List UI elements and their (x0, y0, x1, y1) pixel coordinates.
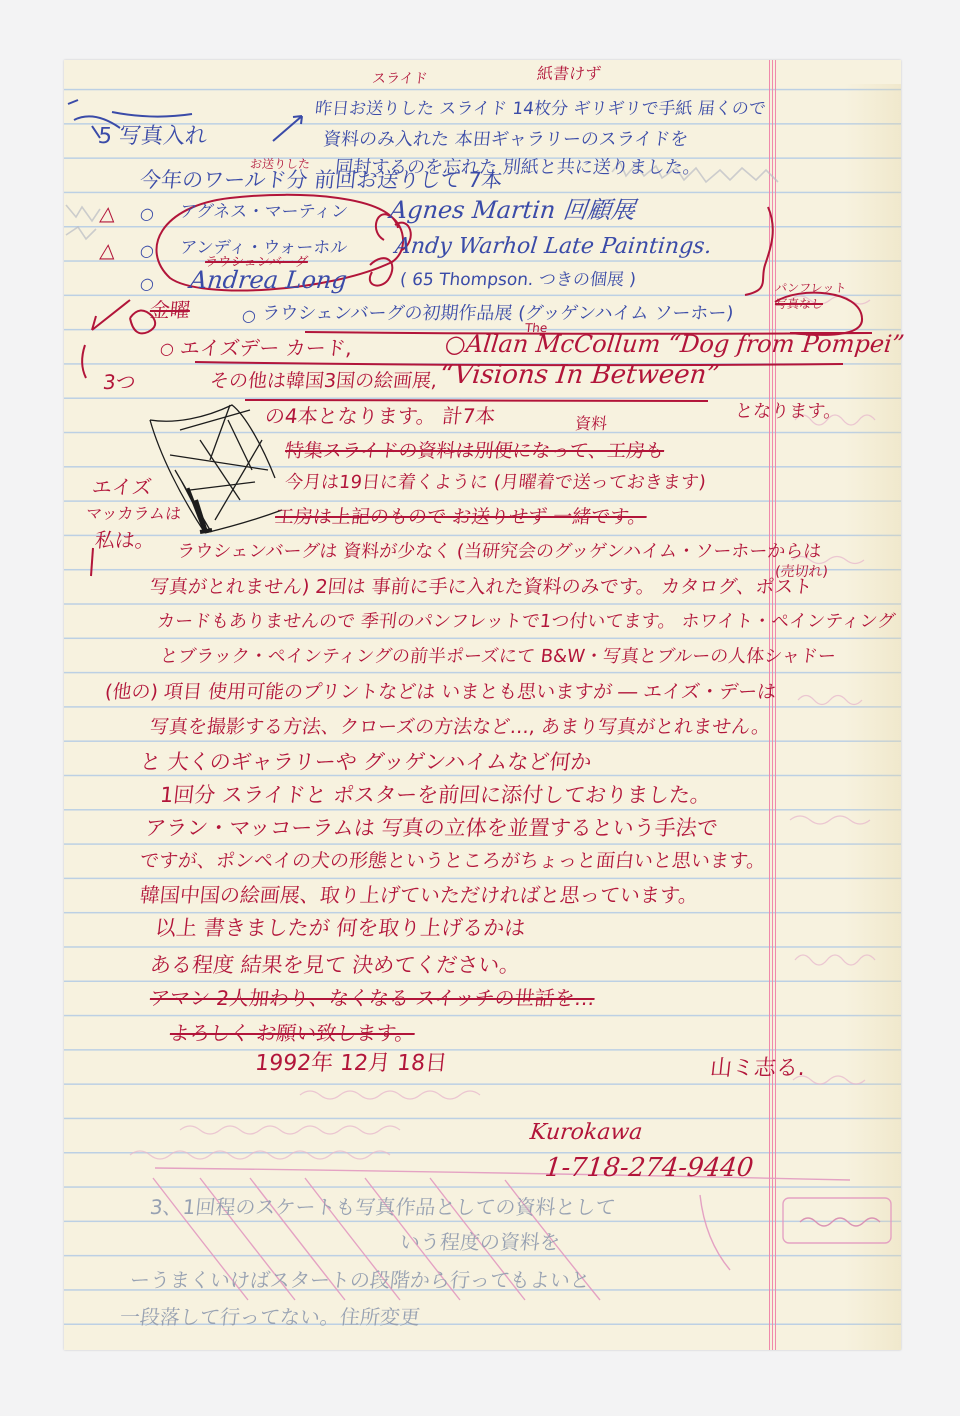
phone-number: 1-718-274-9440 (544, 1155, 755, 1181)
bullet-circle-icon: ○ (159, 341, 175, 357)
top-note-line: 資料のみ入れた 本田ギャラリーのスライドを (322, 131, 689, 149)
body-line: ですが、ポンペイの犬の形態というところがちょっと面白いと思います。 (139, 852, 766, 871)
triangle-marker-icon: △ (99, 203, 116, 223)
top-note-line: 昨日お送りした スライド 14枚分 ギリギリで手紙 届くので (314, 101, 767, 118)
letter-scan: スライド 紙書けず 昨日お送りした スライド 14枚分 ギリギリで手紙 届くので… (0, 0, 960, 1416)
list-item-en: Andy Warhol Late Paintings. (394, 236, 713, 258)
margin-rule-line (769, 60, 770, 1350)
right-margin-note: パンフレット (774, 282, 847, 294)
letter-date: 1992年 12月 18日 (254, 1053, 448, 1075)
body-insert: 資料 (574, 416, 608, 432)
left-margin-note: マッカラムは (85, 506, 182, 522)
signature-mark: 山ミ志る. (709, 1058, 806, 1080)
pencil-line: 3、1回程のスケートも写真作品としての資料として (149, 1197, 617, 1217)
list-item-ja: Andrea Long (189, 268, 349, 292)
list-item-ja: エイズデー カード, (179, 338, 353, 358)
body-line: ある程度 結果を見て 決めてください。 (149, 955, 522, 976)
pencil-line: いう程度の資料を (399, 1232, 561, 1252)
top-note-annotation: 紙書けず (536, 66, 602, 82)
body-line: 1回分 スライドと ポスターを前回に添付しておりました。 (159, 785, 712, 806)
body-line: 今月は19日に着くように (月曜着で送っておきます) (284, 474, 707, 492)
right-margin-note: 写真なし (774, 298, 823, 310)
body-line: 写真を撮影する方法、クローズの方法など…, あまり写真がとれません。 (149, 718, 771, 737)
list-item-en: ( 65 Thompson. つきの個展 ) (399, 272, 637, 289)
list-item-ja: ラウシェンバーグの初期作品展 (グッゲンハイム ソーホー) (261, 305, 734, 323)
margin-rule-line (775, 60, 776, 1350)
body-line: 以上 書きましたが 何を取り上げるかは (154, 918, 527, 939)
body-line-struck: 特集スライドの資料は別便になって、工房も (284, 442, 665, 461)
body-line: その他は韓国3国の絵画展, (209, 372, 438, 391)
signature-name: Kurokawa (529, 1122, 644, 1144)
body-line: となります。 (734, 403, 842, 421)
left-margin-note: 3つ (102, 372, 137, 392)
bullet-circle-icon: ○ (139, 243, 155, 259)
left-margin-note: 私は。 (94, 530, 156, 550)
top-note-heading: 5 写真入れ (97, 126, 208, 148)
top-note-annotation: スライド (371, 72, 428, 86)
body-line: カードもありませんので 季刊のパンフレットで1つ付いてます。 ホワイト・ペインテ… (156, 613, 896, 631)
margin-rule-line (772, 60, 773, 1350)
triangle-marker-icon: △ (99, 240, 116, 260)
body-line: 韓国中国の絵画展、取り上げていただければと思っています。 (139, 885, 700, 905)
body-line-title: “Visions In Between” (439, 362, 721, 388)
body-line: とブラック・ペインティングの前半ポーズにて B&W・写真とブルーの人体シャドー (159, 648, 837, 666)
pencil-line: ーうまくいけばスタートの段階から行ってもよいと (129, 1270, 591, 1290)
pencil-line: 一段落して行ってない。住所変更 (119, 1307, 421, 1327)
body-line: と 大くのギャラリーや グッゲンハイムなど何か (139, 752, 593, 773)
body-line: アラン・マッコーラムは 写真の立体を並置するという手法で (144, 818, 719, 839)
bullet-circle-icon: ○ (139, 276, 155, 292)
body-line: 写真がとれません) 2回は 事前に手に入れた資料のみです。 カタログ、ポスト (149, 578, 813, 597)
body-line-struck: よろしく お願い致します。 (169, 1023, 416, 1043)
top-note-line: 今年のワールド分 前回お送りして 7本 (139, 170, 504, 191)
list-item-en: Agnes Martin 回顧展 (389, 198, 637, 222)
body-line: (他の) 項目 使用可能のプリントなどは いまとも思いますが ― エイズ・デーは (104, 683, 777, 702)
list-item-en: ○Allan McCollum “Dog from Pompei” (444, 332, 906, 356)
body-line-struck: アマン 2人加わり、なくなる スイッチの世話を… (149, 988, 596, 1008)
body-line: ラウシェンバーグは 資料が少なく (当研究会のグッゲンハイム・ソーホーからは (176, 543, 822, 561)
left-margin-note: エイズ (91, 477, 153, 497)
bullet-circle-icon: ○ (241, 308, 257, 324)
list-item-ja: アグネス・マーティン (179, 204, 349, 221)
body-line-struck: 工房は上記のもので お送りせず 一緒です。 (274, 508, 648, 527)
bullet-circle-icon: ○ (139, 206, 155, 222)
list-item-annotation: 金曜 (149, 300, 191, 320)
body-line: の4本となります。 計7本 (264, 406, 496, 426)
